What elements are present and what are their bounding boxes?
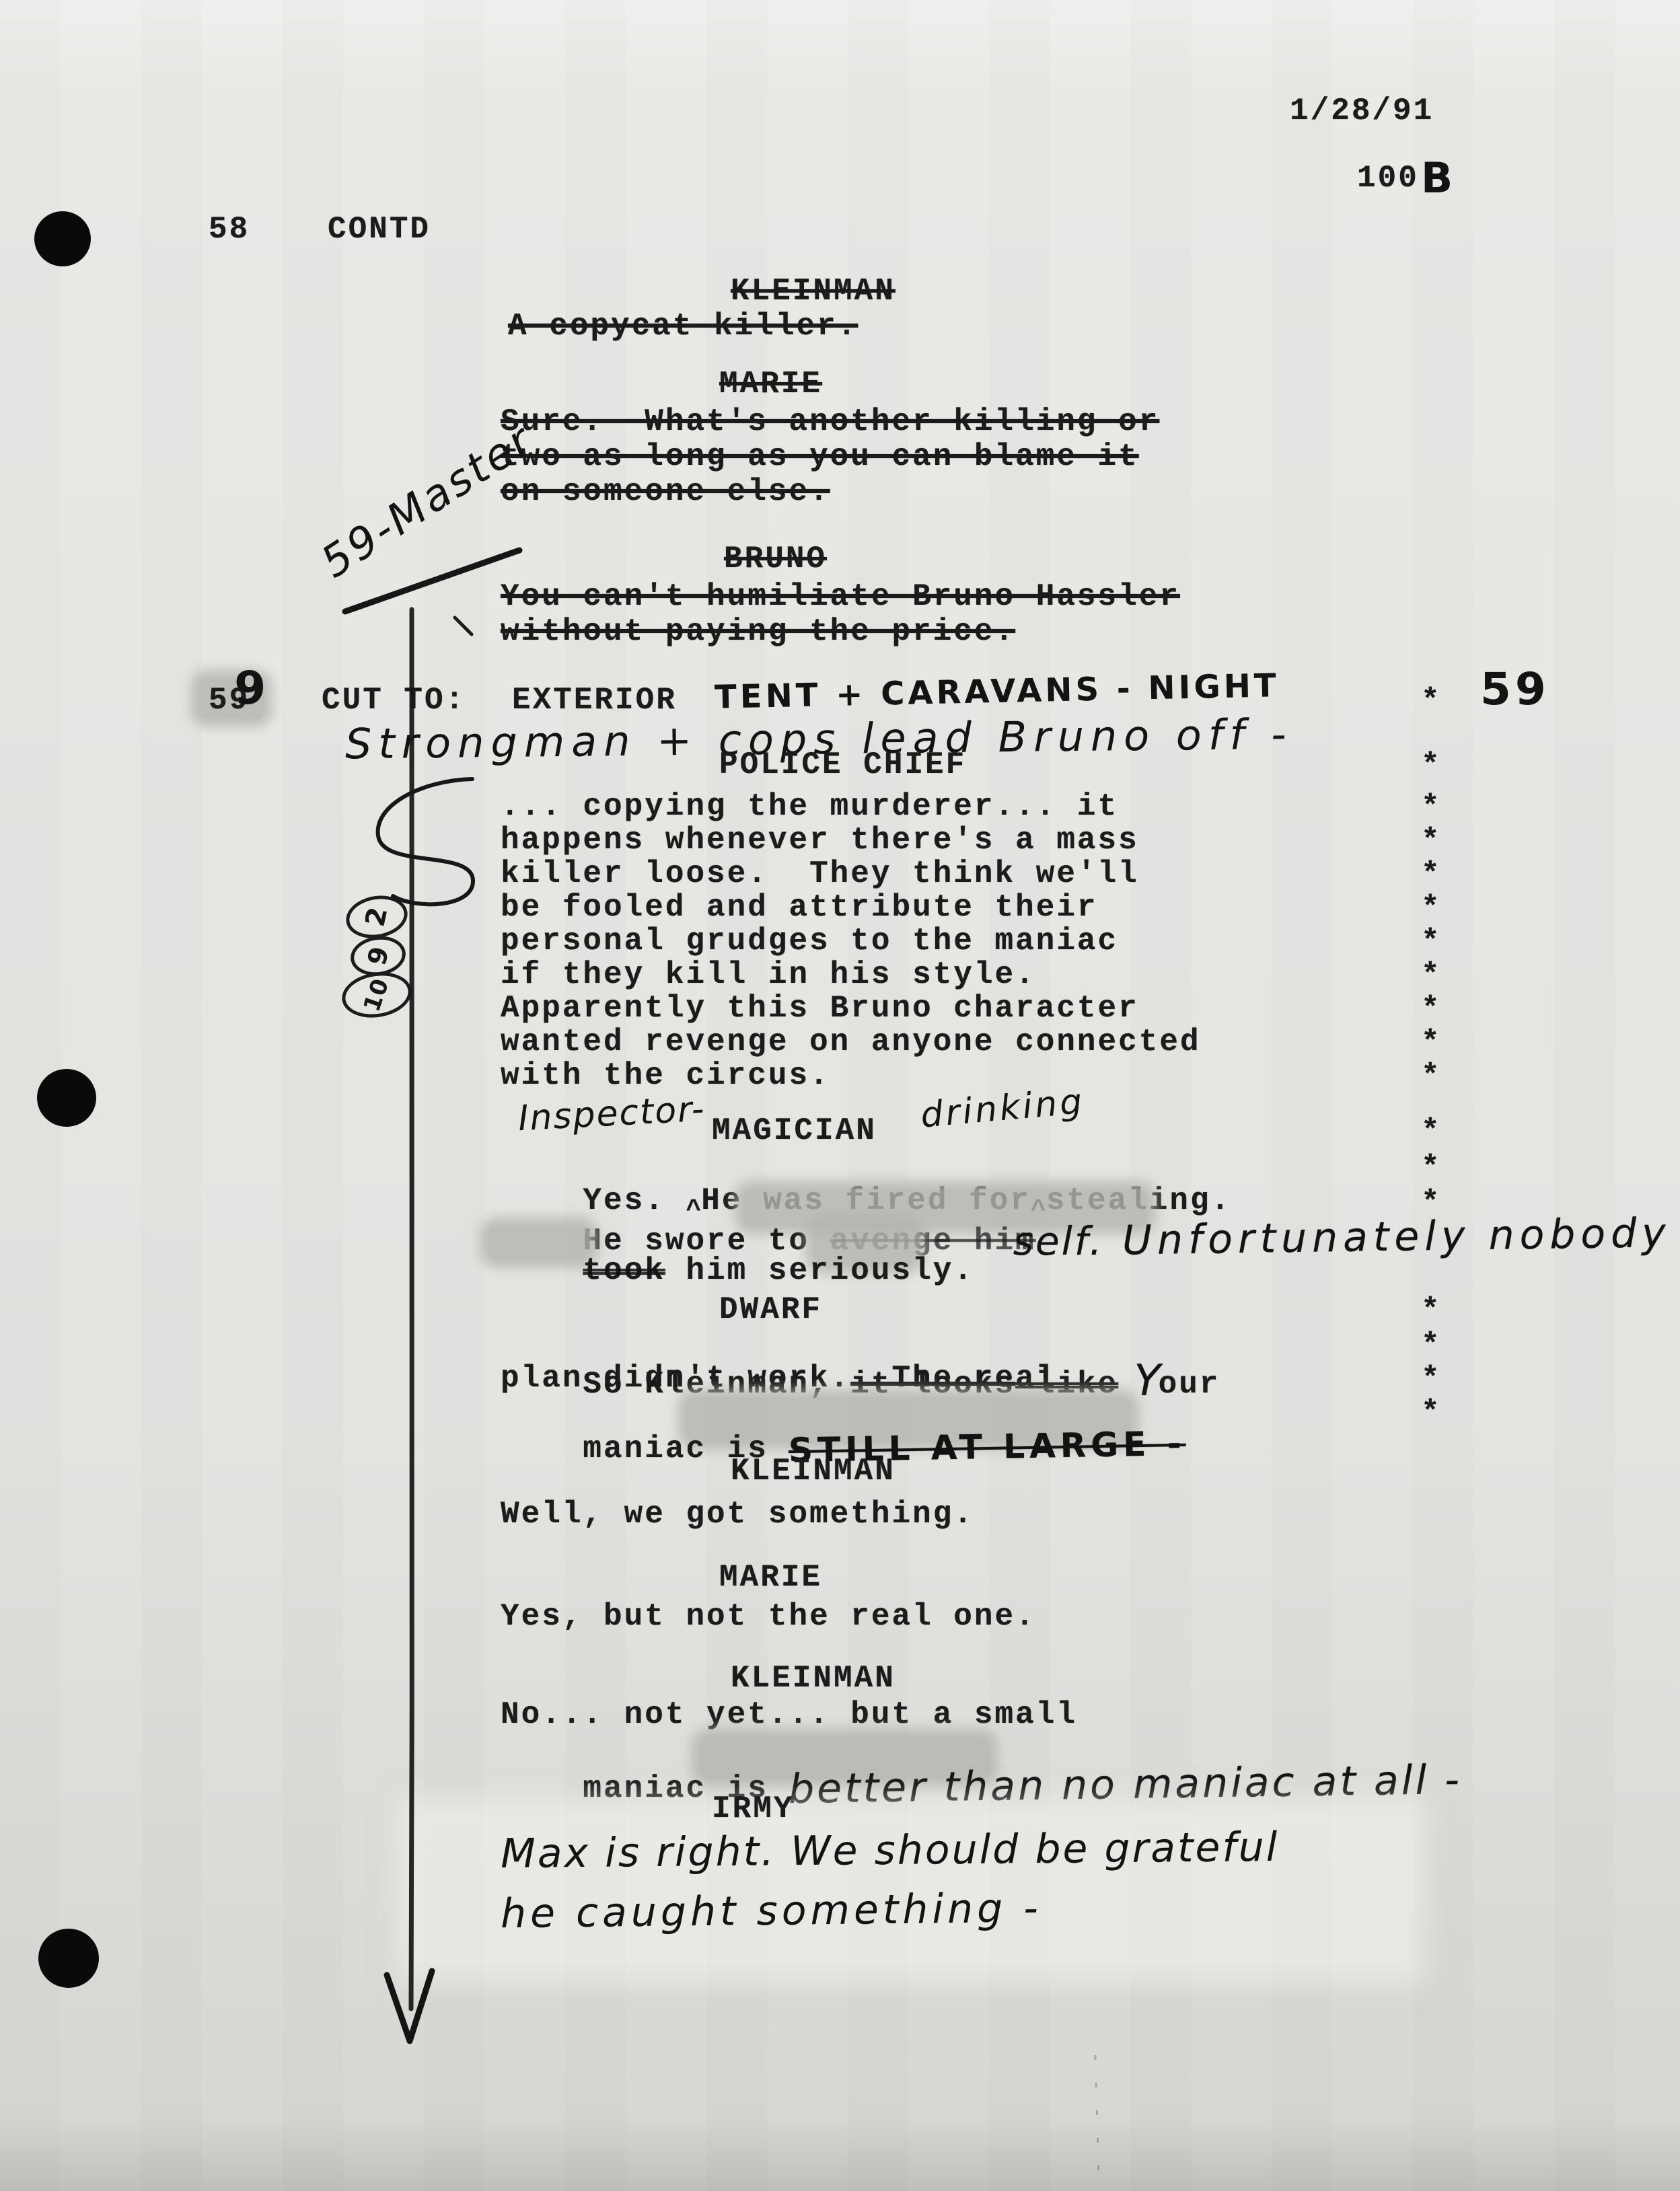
irmy-line-2-handwritten: he caught something -: [501, 1885, 1043, 1937]
revision-asterisk: *: [1421, 1362, 1440, 1397]
your-y-handwritten: Y: [1118, 1364, 1162, 1398]
faint-fold-marks: [1095, 2055, 1099, 2176]
revision-asterisk: *: [1421, 1293, 1440, 1328]
revision-asterisk: *: [1421, 748, 1440, 783]
revision-asterisk: *: [1421, 857, 1440, 892]
dwarf-line-2: plan didn't work. The real: [501, 1362, 1056, 1395]
scene-heading-handwritten: TENT + CARAVANS - NIGHT: [715, 667, 1280, 716]
revision-date: 1/28/91: [1290, 94, 1434, 128]
circled-number-2: 2: [342, 891, 410, 942]
deleted-character-kleinman: KLEINMAN: [731, 274, 896, 308]
deleted-line: on someone else.: [501, 475, 830, 509]
revision-asterisk: *: [1421, 823, 1440, 858]
contd-label: CONTD: [328, 213, 431, 246]
scene-number-overwrite-handwritten: 9: [234, 662, 266, 715]
cut-to-transition: CUT TO:: [322, 683, 466, 717]
deleted-line: A copycat killer.: [508, 309, 858, 343]
character-name-kleinman: KLEINMAN: [731, 1662, 896, 1695]
deleted-character-marie: MARIE: [719, 367, 822, 401]
revision-asterisk: *: [1421, 1114, 1440, 1149]
deleted-line: two as long as you can blame it: [501, 440, 1139, 474]
deleted-line: Sure. What's another killing or: [501, 405, 1159, 439]
page-letter-handwritten: B: [1421, 153, 1453, 202]
arrow-head-down: [387, 1971, 432, 2041]
character-name-kleinman: KLEINMAN: [731, 1454, 896, 1488]
revision-asterisk: *: [1421, 1328, 1440, 1363]
circled-number-10: 10: [338, 967, 414, 1022]
small-tick-mark: [455, 618, 472, 634]
self-correction-handwritten: self.: [1013, 1224, 1104, 1258]
scene-heading-typed: EXTERIOR: [512, 683, 677, 717]
revision-asterisk: *: [1421, 992, 1440, 1027]
revision-asterisk: *: [1421, 1185, 1440, 1220]
revision-asterisk: *: [1421, 1395, 1440, 1430]
revision-asterisk: *: [1421, 790, 1440, 825]
kleinman-line-1: No... not yet... but a small: [501, 1698, 1077, 1732]
circled-number-10-label: 10: [359, 975, 395, 1015]
character-name-dwarf: DWARF: [719, 1293, 822, 1327]
magician-line-3-end: ly.: [912, 1253, 974, 1288]
inspector-note-handwritten: Inspector-: [517, 1089, 706, 1139]
page-number: 100: [1357, 161, 1419, 195]
circled-number-2-label: 2: [360, 905, 394, 930]
irmy-line-1-handwritten: Max is right. We should be grateful: [501, 1824, 1280, 1878]
s-squiggle-mark: [378, 779, 473, 904]
revision-asterisk: *: [1421, 891, 1440, 926]
revision-asterisk: *: [1421, 1150, 1440, 1185]
revision-asterisk: *: [1421, 683, 1440, 718]
revision-asterisk: *: [1421, 924, 1440, 959]
scene-continued-number: 58: [209, 213, 250, 246]
revision-asterisk: *: [1421, 1059, 1440, 1094]
deleted-line: without paying the price.: [501, 615, 1015, 648]
deleted-character-bruno: BRUNO: [724, 542, 827, 576]
revision-asterisk: *: [1421, 958, 1440, 993]
better-than-handwritten: better than no maniac at all -: [789, 1763, 1462, 1806]
magician-line-3-mid: him serious: [665, 1253, 912, 1288]
circled-number-9-label: 9: [361, 944, 394, 968]
hole-punch-middle: [37, 1069, 96, 1127]
vertical-annotation-line: [411, 609, 412, 2009]
unfortunately-note-handwritten: Unfortunately nobody: [1103, 1216, 1671, 1258]
character-name-irmy: IRMY: [712, 1792, 794, 1826]
overtyped-took: took: [583, 1253, 665, 1288]
deleted-line: You can't humiliate Bruno Hassler: [501, 580, 1180, 614]
revision-asterisk: *: [1421, 1025, 1440, 1060]
character-name-marie: MARIE: [719, 1561, 822, 1594]
hole-punch-bottom: [38, 1929, 99, 1988]
character-name-police-chief: POLICE CHIEF: [719, 748, 966, 782]
marie-line: Yes, but not the real one.: [501, 1600, 1036, 1633]
hole-punch-top: [34, 211, 91, 266]
scene-number-right-handwritten: 59: [1480, 663, 1550, 715]
kleinman-line: Well, we got something.: [501, 1497, 974, 1531]
character-name-magician: MAGICIAN: [712, 1114, 877, 1148]
script-page-scan: 1/28/91 100 B 58 CONTD KLEINMAN A copyca…: [0, 0, 1680, 2191]
police-chief-dialogue: ... copying the murderer... it happens w…: [501, 790, 1201, 1092]
